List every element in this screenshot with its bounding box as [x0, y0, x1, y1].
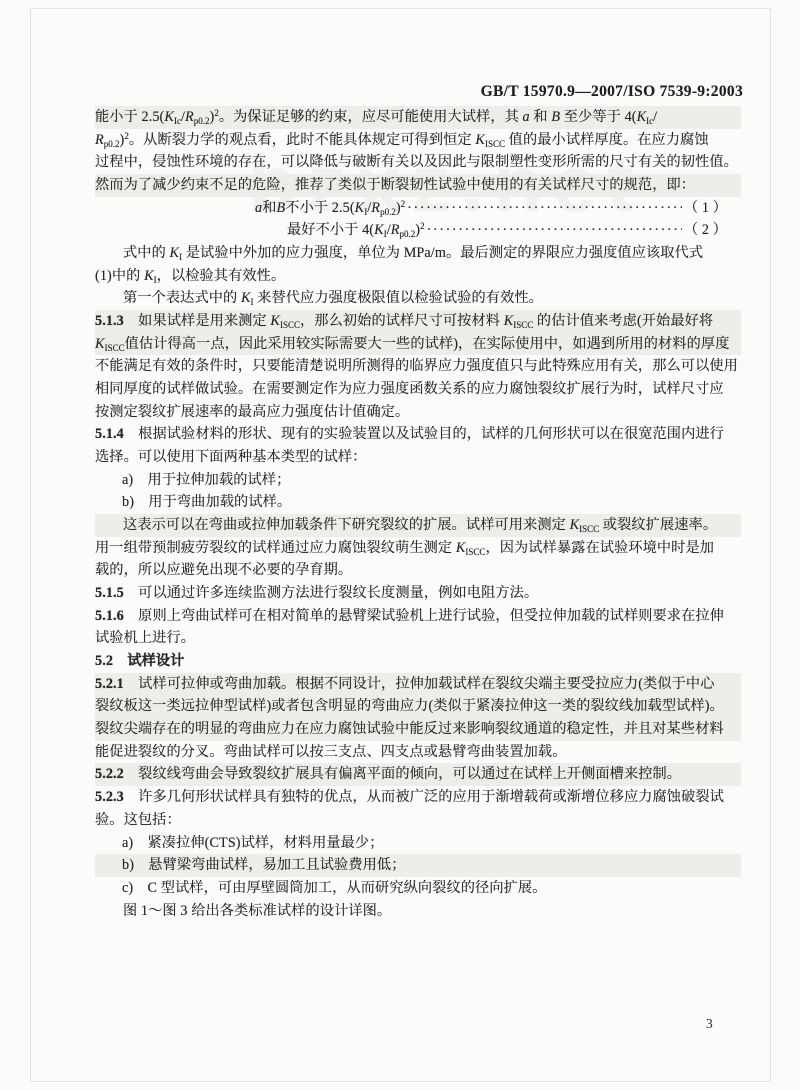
text-segment: K	[355, 197, 365, 220]
text-segment: a) 紧凑拉伸(CTS)试样，材料用量最少；	[122, 835, 384, 851]
text-segment: K	[374, 219, 384, 242]
text-segment: 是试验中外加的应力强度，单位为 MPa/m。最后测定的界限应力强度值应该取代式	[182, 245, 703, 261]
text-segment: 这表示可以在弯曲或拉伸加载条件下研究裂纹的扩展。试样可用来测定	[123, 517, 570, 533]
text-segment: K	[504, 313, 514, 329]
text-line: 用一组带预制疲劳裂纹的试样通过应力腐蚀裂纹萌生测定 KISCC，因为试样暴露在试…	[95, 537, 741, 560]
text-segment: 5.2 试样设计	[95, 653, 184, 669]
text-segment: (1)中的	[95, 268, 144, 284]
text-segment: 5.1.5	[95, 585, 124, 601]
text-segment: 。从断裂力学的观点看，此时不能具体规定可得到恒定	[129, 132, 476, 148]
text-line: 能促进裂纹的分叉。弯曲试样可以按三支点、四支点或悬臂弯曲装置加载。	[95, 741, 741, 764]
text-segment: 过程中，侵蚀性环境的存在，可以降低与破断有关以及因此与限制塑性变形所需的尺寸有关…	[95, 154, 738, 170]
text-line: b) 悬臂梁弯曲试样，易加工且试验费用低；	[95, 854, 741, 877]
text-segment: 验。这包括：	[95, 812, 181, 828]
text-segment: I	[384, 223, 387, 242]
text-segment: 5.2.3	[95, 789, 124, 805]
text-segment: 裂纹线弯曲会导致裂纹扩展具有偏离平面的倾向，可以通过在试样上开侧面槽来控制。	[124, 766, 681, 782]
text-segment: 按测定裂纹扩展速率的最高应力强度估计值确定。	[95, 404, 409, 420]
text-line: 5.2.1 试样可拉伸或弯曲加载。根据不同设计，拉伸加载试样在裂纹尖端主要受拉应…	[95, 673, 741, 696]
text-segment: p0.2	[194, 116, 210, 126]
text-segment: c) C 型试样，可由厚壁圆筒加工，从而研究纵向裂纹的径向扩展。	[122, 880, 546, 896]
text-segment: I	[179, 252, 182, 262]
text-segment: ISCC	[280, 320, 300, 330]
dot-leader: ········································…	[407, 197, 682, 220]
text-segment: p0.2	[400, 223, 416, 242]
text-segment: 然而为了减少约束不足的危险，推荐了类似于断裂韧性试验中使用的有关试样尺寸的规范，…	[95, 177, 695, 193]
text-segment: /	[653, 109, 657, 125]
text-segment: ISCC	[513, 320, 533, 330]
text-segment: 值估计得高一点，因此采用较实际需要大一些的试样)，在实际使用中，如遇到所用的材料…	[125, 336, 730, 352]
text-line: KISCC值估计得高一点，因此采用较实际需要大一些的试样)，在实际使用中，如遇到…	[95, 333, 741, 356]
text-segment: I	[154, 275, 157, 285]
text-segment: 2	[124, 131, 129, 141]
text-line: 载的，所以应避免出现不必要的孕育期。	[95, 559, 741, 582]
text-segment: Ic	[646, 116, 653, 126]
text-line: 5.2.3 许多几何形状试样具有独特的优点，从而被广泛的应用于渐增载荷或渐增位移…	[95, 786, 741, 809]
text-line: 5.2 试样设计	[95, 650, 741, 673]
text-segment: ISCC	[465, 547, 485, 557]
text-line: (1)中的 KI，以检验其有效性。	[95, 265, 741, 288]
text-segment: a	[523, 109, 530, 125]
text-segment: ，那么初始的试样尺寸可按材料	[300, 313, 504, 329]
text-line: 5.1.4 根据试验材料的形状、现有的实验装置以及试验目的，试样的几何形状可以在…	[95, 423, 741, 446]
text-segment: K	[95, 336, 105, 352]
text-segment: 裂纹尖端存在的明显的弯曲应力在应力腐蚀试验中能反过来影响裂纹通道的稳定性，并且对…	[95, 721, 724, 737]
text-segment: 试验机上进行。	[95, 630, 195, 646]
text-segment: K	[144, 268, 154, 284]
text-line: Rp0.2)2。从断裂力学的观点看，此时不能具体规定可得到恒定 KISCC 值的…	[95, 129, 741, 152]
text-segment: p0.2	[104, 139, 120, 149]
text-segment: b) 用于弯曲加载的试样。	[122, 494, 291, 510]
text-segment: b) 悬臂梁弯曲试样，易加工且试验费用低；	[122, 857, 405, 873]
text-segment: 最好不小于 4(	[287, 219, 374, 242]
text-segment: p0.2	[380, 201, 396, 220]
text-segment: K	[570, 517, 580, 533]
text-segment: K	[637, 109, 647, 125]
text-line: 5.1.6 原则上弯曲试样可在相对简单的悬臂梁试验机上进行试验，但受拉伸加载的试…	[95, 605, 741, 628]
text-segment: R	[391, 219, 400, 242]
page-number: 3	[706, 1016, 713, 1032]
text-line: 图 1～图 3 给出各类标准试样的设计详图。	[95, 900, 741, 923]
text-segment: I	[251, 297, 254, 307]
text-segment: 可以通过许多连续监测方法进行裂纹长度测量，例如电阻方法。	[124, 585, 538, 601]
text-segment: K	[475, 132, 485, 148]
text-segment: 和	[530, 109, 552, 125]
text-segment: ISCC	[579, 524, 599, 534]
text-segment: K	[164, 109, 174, 125]
dot-leader: ········································…	[427, 219, 682, 242]
text-segment: 许多几何形状试样具有独特的优点，从而被广泛的应用于渐增载荷或渐增位移应力腐蚀破裂…	[124, 789, 724, 805]
text-segment: （ 1 ）	[684, 197, 727, 220]
text-line: b) 用于弯曲加载的试样。	[95, 491, 741, 514]
text-segment: 第一个表达式中的	[123, 290, 241, 306]
text-segment: 5.2.2	[95, 766, 124, 782]
text-segment: 不能满足有效的条件时，只要能清楚说明所测得的临界应力强度值只与此特殊应用有关，那…	[95, 358, 738, 374]
text-segment: 2	[420, 219, 425, 238]
text-segment: 的估计值来考虑(开始最好将	[533, 313, 713, 329]
text-segment: a) 用于拉伸加载的试样；	[122, 472, 290, 488]
text-line: 然而为了减少约束不足的危险，推荐了类似于断裂韧性试验中使用的有关试样尺寸的规范，…	[95, 174, 741, 197]
text-line: 不能满足有效的条件时，只要能清楚说明所测得的临界应力强度值只与此特殊应用有关，那…	[95, 355, 741, 378]
text-segment: 来替代应力强度极限值以检验试验的有效性。	[254, 290, 543, 306]
text-segment: 2	[214, 108, 219, 118]
text-segment: 2	[401, 197, 406, 216]
document-body: 能小于 2.5(KIc/Rp0.2)2。为保证足够的约束，应尽可能使用大试样，其…	[95, 106, 741, 922]
text-line: 5.1.3 如果试样是用来测定 KISCC，那么初始的试样尺寸可按材料 KISC…	[95, 310, 741, 333]
text-segment: R	[185, 109, 194, 125]
text-line: 按测定裂纹扩展速率的最高应力强度估计值确定。	[95, 401, 741, 424]
text-segment: K	[170, 245, 180, 261]
text-segment: ISCC	[105, 343, 125, 353]
text-segment: Ic	[174, 116, 181, 126]
text-segment: 能小于 2.5(	[95, 109, 164, 125]
text-line: 试验机上进行。	[95, 627, 741, 650]
text-segment: K	[270, 313, 280, 329]
text-line: 裂纹板这一类远拉伸型试样)或者包含明显的弯曲应力(类似于紧凑拉伸这一类的裂纹线加…	[95, 695, 741, 718]
text-segment: 。为保证足够的约束，应尽可能使用大试样，其	[219, 109, 523, 125]
text-segment: 至少等于 4(	[560, 109, 636, 125]
text-line: 过程中，侵蚀性环境的存在，可以降低与破断有关以及因此与限制塑性变形所需的尺寸有关…	[95, 151, 741, 174]
text-line: 验。这包括：	[95, 809, 741, 832]
text-segment: R	[95, 132, 104, 148]
text-line: a) 用于拉伸加载的试样；	[95, 469, 741, 492]
text-segment: 5.1.3	[95, 313, 124, 329]
text-segment: 或裂纹扩展速率。	[599, 517, 717, 533]
text-segment: 不小于 2.5(	[285, 197, 354, 220]
text-segment: 裂纹板这一类远拉伸型试样)或者包含明显的弯曲应力(类似于紧凑拉伸这一类的裂纹线加…	[95, 698, 724, 714]
text-segment: B	[551, 109, 560, 125]
text-line: 5.1.5 可以通过许多连续监测方法进行裂纹长度测量，例如电阻方法。	[95, 582, 741, 605]
text-line: 最好不小于 4(KI/Rp0.2)2······················…	[95, 219, 741, 242]
text-line: a) 紧凑拉伸(CTS)试样，材料用量最少；	[95, 832, 741, 855]
text-segment: 5.2.1	[95, 676, 124, 692]
text-line: 这表示可以在弯曲或拉伸加载条件下研究裂纹的扩展。试样可用来测定 KISCC 或裂…	[95, 514, 741, 537]
text-segment: 用一组带预制疲劳裂纹的试样通过应力腐蚀裂纹萌生测定	[95, 540, 456, 556]
text-segment: 和	[262, 197, 276, 220]
text-segment: 原则上弯曲试样可在相对简单的悬臂梁试验机上进行试验，但受拉伸加载的试样则要求在拉…	[124, 608, 724, 624]
text-segment: （ 2 ）	[684, 219, 727, 242]
text-segment: 图 1～图 3 给出各类标准试样的设计详图。	[123, 903, 391, 919]
text-segment: B	[277, 197, 286, 220]
text-segment: 5.1.6	[95, 608, 124, 624]
text-segment: 试样可拉伸或弯曲加载。根据不同设计，拉伸加载试样在裂纹尖端主要受拉应力(类似于中…	[124, 676, 715, 692]
text-line: 相同厚度的试样做试验。在需要测定作为应力强度函数关系的应力腐蚀裂纹扩展行为时，试…	[95, 378, 741, 401]
text-segment: 根据试验材料的形状、现有的实验装置以及试验目的，试样的几何形状可以在很宽范围内进…	[124, 426, 724, 442]
text-line: 式中的 KI 是试验中外加的应力强度，单位为 MPa/m。最后测定的界限应力强度…	[95, 242, 741, 265]
text-segment: 能促进裂纹的分叉。弯曲试样可以按三支点、四支点或悬臂弯曲装置加载。	[95, 744, 567, 760]
text-line: 选择。可以使用下面两种基本类型的试样：	[95, 446, 741, 469]
text-segment: I	[364, 201, 367, 220]
standard-code-header: GB/T 15970.9—2007/ISO 7539-9:2003	[481, 83, 743, 101]
text-segment: 值的最小试样厚度。在应力腐蚀	[505, 132, 709, 148]
text-line: 裂纹尖端存在的明显的弯曲应力在应力腐蚀试验中能反过来影响裂纹通道的稳定性，并且对…	[95, 718, 741, 741]
text-segment: 相同厚度的试样做试验。在需要测定作为应力强度函数关系的应力腐蚀裂纹扩展行为时，试…	[95, 381, 724, 397]
text-segment: 式中的	[123, 245, 170, 261]
text-segment: ，因为试样暴露在试验环境中时是加	[485, 540, 714, 556]
text-line: c) C 型试样，可由厚壁圆筒加工，从而研究纵向裂纹的径向扩展。	[95, 877, 741, 900]
text-segment: 5.1.4	[95, 426, 124, 442]
text-line: a 和 B 不小于 2.5(KI/Rp0.2)2················…	[95, 197, 741, 220]
text-line: 5.2.2 裂纹线弯曲会导致裂纹扩展具有偏离平面的倾向，可以通过在试样上开侧面槽…	[95, 763, 741, 786]
scanned-document-page: bzxz.net GB/T 15970.9—2007/ISO 7539-9:20…	[0, 0, 800, 1090]
text-segment: 如果试样是用来测定	[124, 313, 271, 329]
text-segment: ISCC	[485, 139, 505, 149]
text-segment: 选择。可以使用下面两种基本类型的试样：	[95, 449, 366, 465]
text-line: 第一个表达式中的 KI 来替代应力强度极限值以检验试验的有效性。	[95, 287, 741, 310]
text-segment: ，以检验其有效性。	[157, 268, 286, 284]
text-segment: R	[371, 197, 380, 220]
text-segment: 载的，所以应避免出现不必要的孕育期。	[95, 562, 352, 578]
text-segment: K	[241, 290, 251, 306]
text-segment: K	[456, 540, 466, 556]
text-line: 能小于 2.5(KIc/Rp0.2)2。为保证足够的约束，应尽可能使用大试样，其…	[95, 106, 741, 129]
